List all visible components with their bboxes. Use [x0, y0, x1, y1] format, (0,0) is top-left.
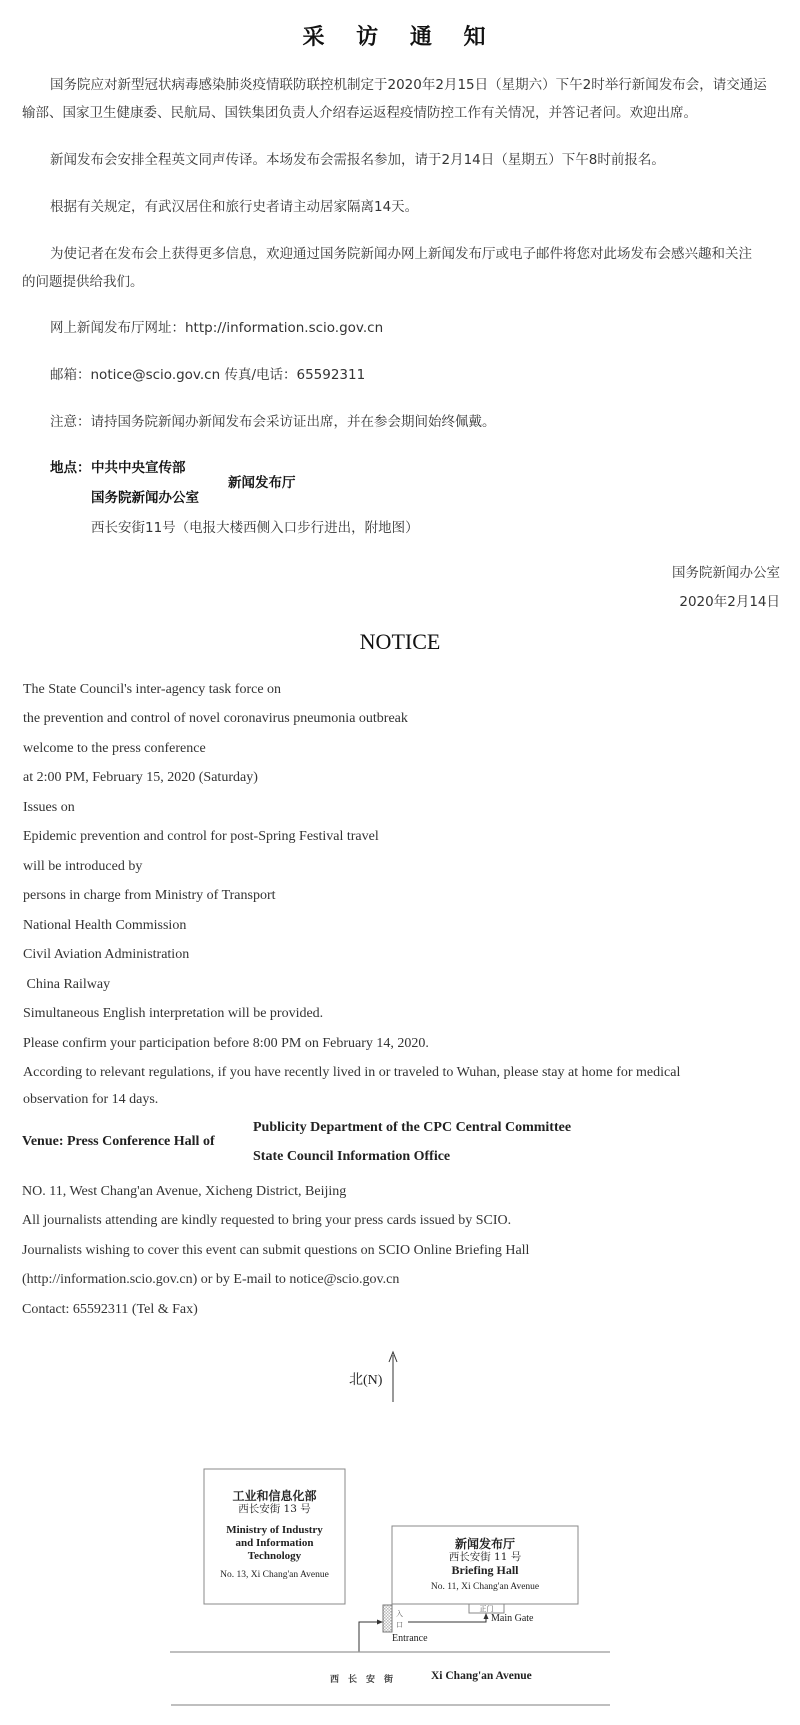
- entrance-cn-1: 入: [396, 1609, 403, 1619]
- cn-email-fax: 邮箱：notice@scio.gov.cn 传真/电话：65592311: [50, 363, 365, 383]
- cn-website: 网上新闻发布厅网址：http://information.scio.gov.cn: [50, 316, 383, 336]
- north-arrow-icon: [389, 1352, 397, 1402]
- en-line: NO. 11, West Chang'an Avenue, Xicheng Di…: [22, 1184, 346, 1200]
- street-en: Xi Chang'an Avenue: [431, 1670, 532, 1682]
- en-line: persons in charge from Ministry of Trans…: [23, 888, 276, 904]
- entrance-en: Entrance: [392, 1633, 428, 1644]
- en-line: National Health Commission: [23, 918, 186, 934]
- main-gate-en: Main Gate: [491, 1613, 534, 1624]
- briefing-hall-cn-address: 西长安街 11 号: [392, 1549, 578, 1564]
- cn-venue-label: 地点：: [50, 456, 91, 476]
- english-title: NOTICE: [0, 629, 800, 655]
- en-line: (http://information.scio.gov.cn) or by E…: [22, 1272, 399, 1288]
- cn-paragraph-1-line-1: 国务院应对新型冠状病毒感染肺炎疫情联防联控机制定于2020年2月15日（星期六）…: [50, 73, 767, 93]
- cn-paragraph-2: 新闻发布会安排全程英文同声传译。本场发布会需报名参加，请于2月14日（星期五）下…: [50, 148, 665, 168]
- en-line: at 2:00 PM, February 15, 2020 (Saturday): [23, 770, 258, 786]
- miit-en-name-1: Ministry of Industry: [204, 1524, 345, 1536]
- entrance: [383, 1605, 392, 1632]
- cn-note: 注意：请持国务院新闻办新闻发布会采访证出席，并在参会期间始终佩戴。: [50, 410, 496, 430]
- briefing-hall-en-address: No. 11, Xi Chang'an Avenue: [392, 1582, 578, 1592]
- en-line: Please confirm your participation before…: [23, 1036, 429, 1052]
- en-line: Journalists wishing to cover this event …: [22, 1243, 529, 1259]
- cn-paragraph-4-line-2: 的问题提供给我们。: [22, 270, 144, 290]
- en-line: welcome to the press conference: [23, 741, 206, 757]
- miit-en-name-3: Technology: [204, 1550, 345, 1562]
- briefing-hall-en-name: Briefing Hall: [392, 1563, 578, 1578]
- route-to-entrance: [359, 1622, 380, 1652]
- en-line: Epidemic prevention and control for post…: [23, 829, 379, 845]
- cn-paragraph-1-line-2: 输部、国家卫生健康委、民航局、国铁集团负责人介绍春运返程疫情防控工作有关情况，并…: [22, 101, 697, 121]
- cn-venue-org-2: 国务院新闻办公室: [91, 486, 199, 506]
- en-venue-org-1: Publicity Department of the CPC Central …: [253, 1120, 571, 1136]
- route-to-main-gate: [408, 1616, 486, 1622]
- miit-en-address: No. 13, Xi Chang'an Avenue: [204, 1570, 345, 1580]
- entrance-cn-2: 口: [396, 1620, 403, 1630]
- en-line: All journalists attending are kindly req…: [22, 1213, 511, 1229]
- en-venue-org-2: State Council Information Office: [253, 1149, 450, 1165]
- en-line: the prevention and control of novel coro…: [23, 711, 408, 727]
- en-line: Issues on: [23, 800, 75, 816]
- en-line: Civil Aviation Administration: [23, 947, 189, 963]
- cn-venue-hall: 新闻发布厅: [228, 471, 296, 491]
- en-line: will be introduced by: [23, 859, 142, 875]
- en-line: China Railway: [23, 977, 110, 993]
- cn-venue-address: 西长安街11号（电报大楼西侧入口步行进出，附地图）: [91, 516, 419, 536]
- en-line: According to relevant regulations, if yo…: [23, 1065, 680, 1081]
- cn-venue-org-1: 中共中央宣传部: [91, 456, 186, 476]
- north-label: 北(N): [349, 1369, 382, 1389]
- cn-signature: 国务院新闻办公室: [672, 561, 780, 581]
- miit-en-name-2: and Information: [204, 1537, 345, 1549]
- cn-paragraph-3: 根据有关规定，有武汉居住和旅行史者请主动居家隔离14天。: [50, 195, 418, 215]
- miit-cn-address: 西长安街 13 号: [204, 1501, 345, 1516]
- cn-date: 2020年2月14日: [679, 590, 780, 610]
- en-line: observation for 14 days.: [23, 1092, 158, 1108]
- chinese-title: 采 访 通 知: [0, 20, 800, 51]
- en-line: Contact: 65592311 (Tel & Fax): [22, 1302, 198, 1318]
- en-line: Simultaneous English interpretation will…: [23, 1006, 323, 1022]
- cn-paragraph-4-line-1: 为使记者在发布会上获得更多信息，欢迎通过国务院新闻办网上新闻发布厅或电子邮件将您…: [50, 242, 752, 262]
- en-line: The State Council's inter-agency task fo…: [23, 682, 281, 698]
- en-venue-label: Venue: Press Conference Hall of: [22, 1134, 215, 1150]
- street-cn: 西 长 安 街: [330, 1672, 393, 1685]
